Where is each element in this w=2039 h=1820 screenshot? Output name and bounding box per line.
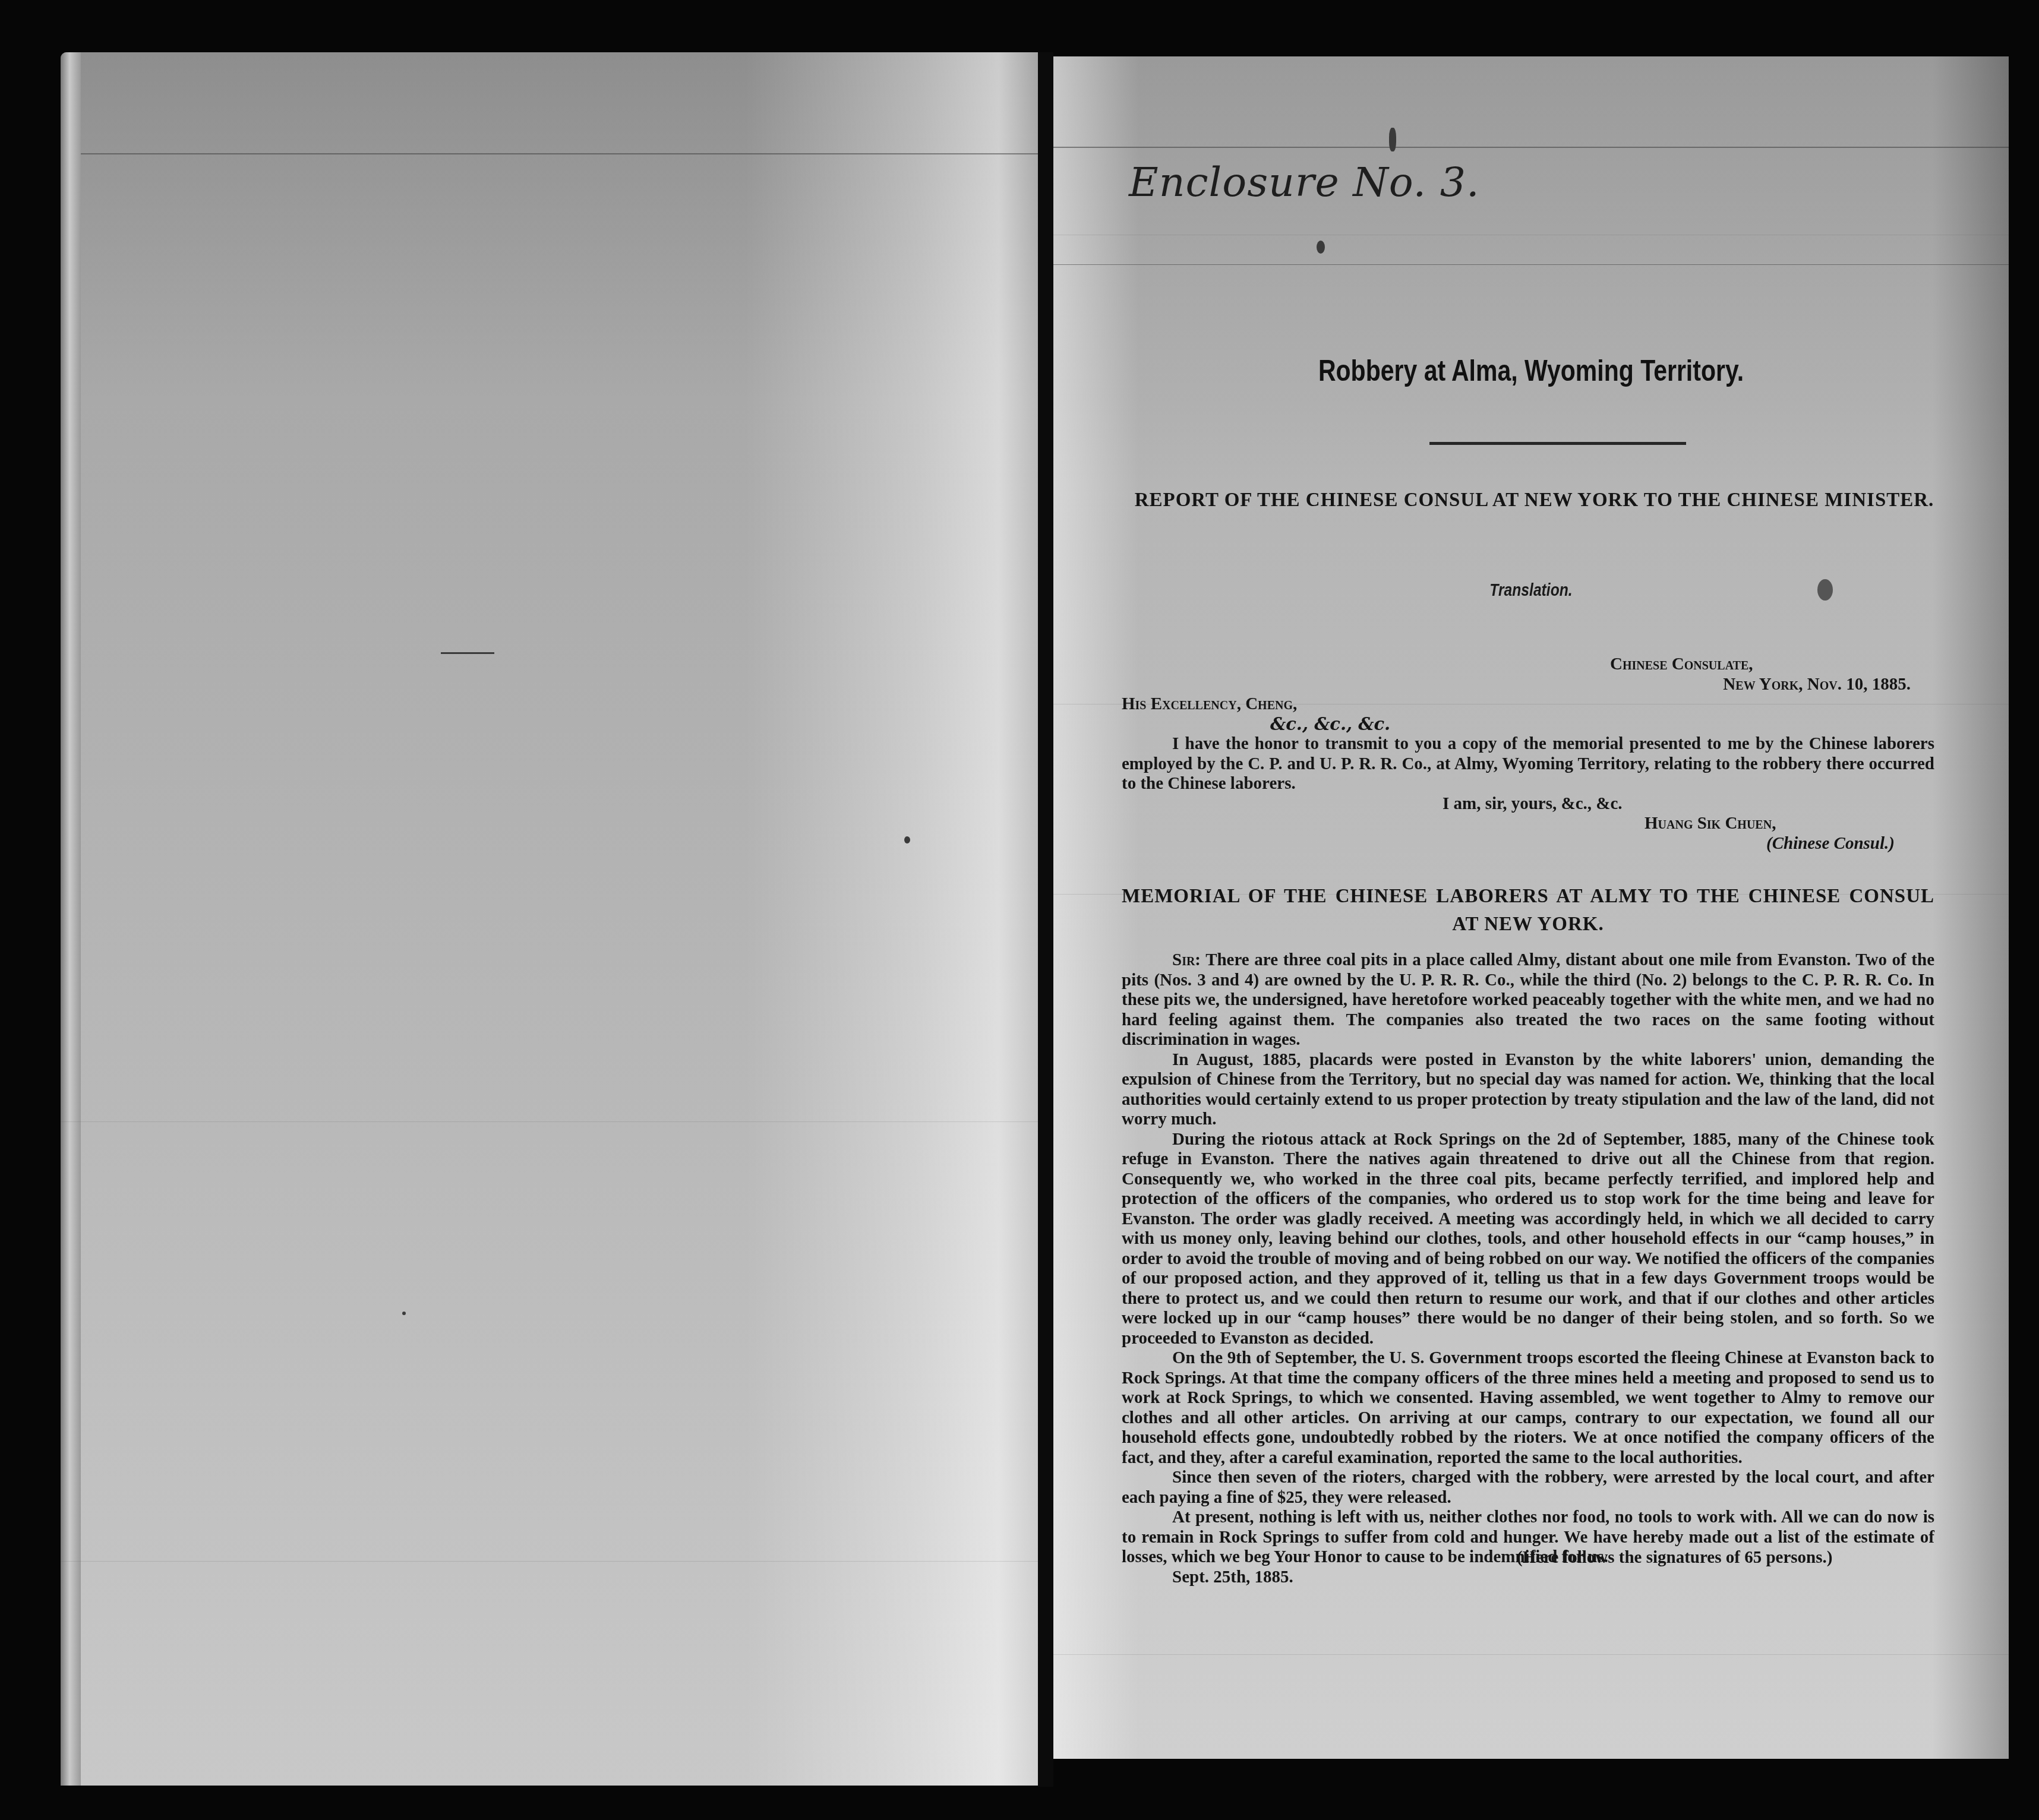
letter-body: I have the honor to transmit to you a co… — [1122, 734, 1934, 794]
report-heading: REPORT OF THE CHINESE CONSUL AT NEW YORK… — [1132, 488, 1937, 512]
addressee-etc: &c., &c., &c. — [1122, 715, 1934, 735]
ink-spot — [904, 836, 910, 843]
ruled-line — [61, 1121, 1038, 1122]
memorial-paragraph-1: Sir: There are three coal pits in a plac… — [1122, 950, 1934, 1050]
sender-line-1: Chinese Consulate, — [1122, 655, 1934, 675]
memorial-body: Sir: There are three coal pits in a plac… — [1122, 950, 1934, 1588]
salutation: Sir: — [1172, 950, 1201, 969]
ruled-line — [61, 1561, 1038, 1562]
document-title: Robbery at Alma, Wyoming Territory. — [1140, 353, 1923, 388]
ruled-line — [1053, 1654, 2009, 1655]
letter-closing: I am, sir, yours, &c., &c. — [1122, 794, 1934, 814]
paragraph-text: There are three coal pits in a place cal… — [1122, 950, 1934, 1049]
memorial-heading: MEMORIAL OF THE CHINESE LABORERS AT ALMY… — [1122, 883, 1934, 939]
ink-smudge — [1389, 128, 1396, 151]
memorial-paragraph-2: In August, 1885, placards were posted in… — [1122, 1050, 1934, 1130]
page-edge — [61, 52, 81, 1786]
ruled-line — [1053, 147, 2009, 148]
ink-spot — [402, 1312, 406, 1315]
title-divider — [1429, 442, 1686, 445]
ruled-line — [1053, 235, 2009, 235]
memorial-paragraph-4: On the 9th of September, the U. S. Gover… — [1122, 1348, 1934, 1468]
memorial-paragraph-5: Since then seven of the rioters, charged… — [1122, 1468, 1934, 1508]
signature-name: Huang Sik Chuen, — [1122, 814, 1934, 834]
book-gutter — [1038, 52, 1053, 1787]
ruled-line — [81, 153, 1038, 154]
cover-letter: Chinese Consulate, New York, Nov. 10, 18… — [1122, 655, 1934, 854]
signature-title: (Chinese Consul.) — [1122, 834, 1934, 854]
addressee: His Excellency, Cheng, — [1122, 694, 1934, 715]
sender-line-2: New York, Nov. 10, 1885. — [1122, 675, 1934, 695]
memorial-paragraph-3: During the riotous attack at Rock Spring… — [1122, 1130, 1934, 1349]
addressee-name: His Excellency, Cheng, — [1122, 694, 1297, 713]
left-page — [61, 52, 1038, 1786]
memorial-date: Sept. 25th, 1885. — [1122, 1568, 1934, 1588]
scratch-mark — [441, 652, 494, 654]
ruled-line — [1053, 264, 2009, 265]
translation-label: Translation. — [1125, 581, 1937, 601]
enclosure-label: Enclosure No. 3. — [1129, 159, 1480, 206]
ink-smudge — [1317, 241, 1325, 254]
